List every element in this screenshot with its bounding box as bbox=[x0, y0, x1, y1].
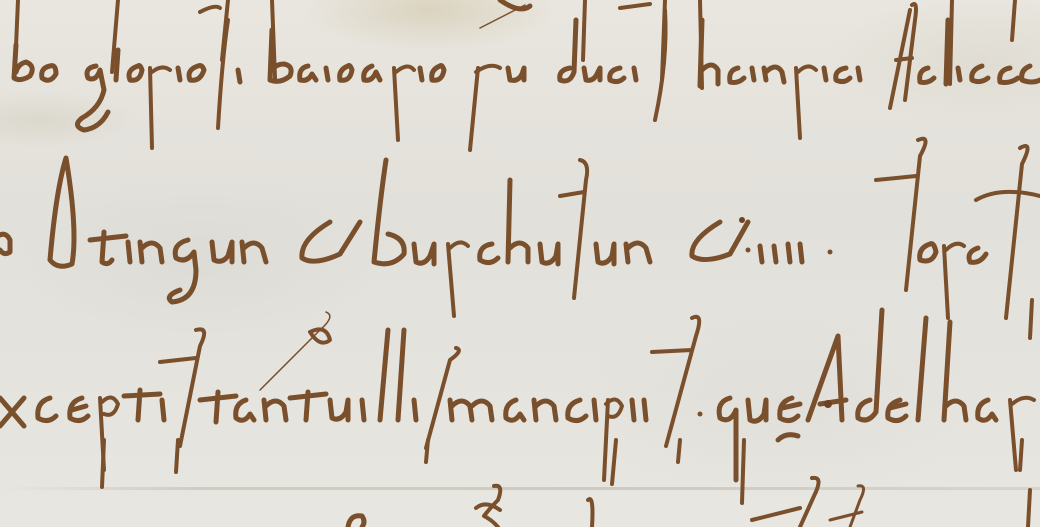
ink-strokes bbox=[0, 0, 1040, 527]
manuscript-page: bo gloriosi baioariorum ducis heinrici f… bbox=[0, 0, 1040, 527]
